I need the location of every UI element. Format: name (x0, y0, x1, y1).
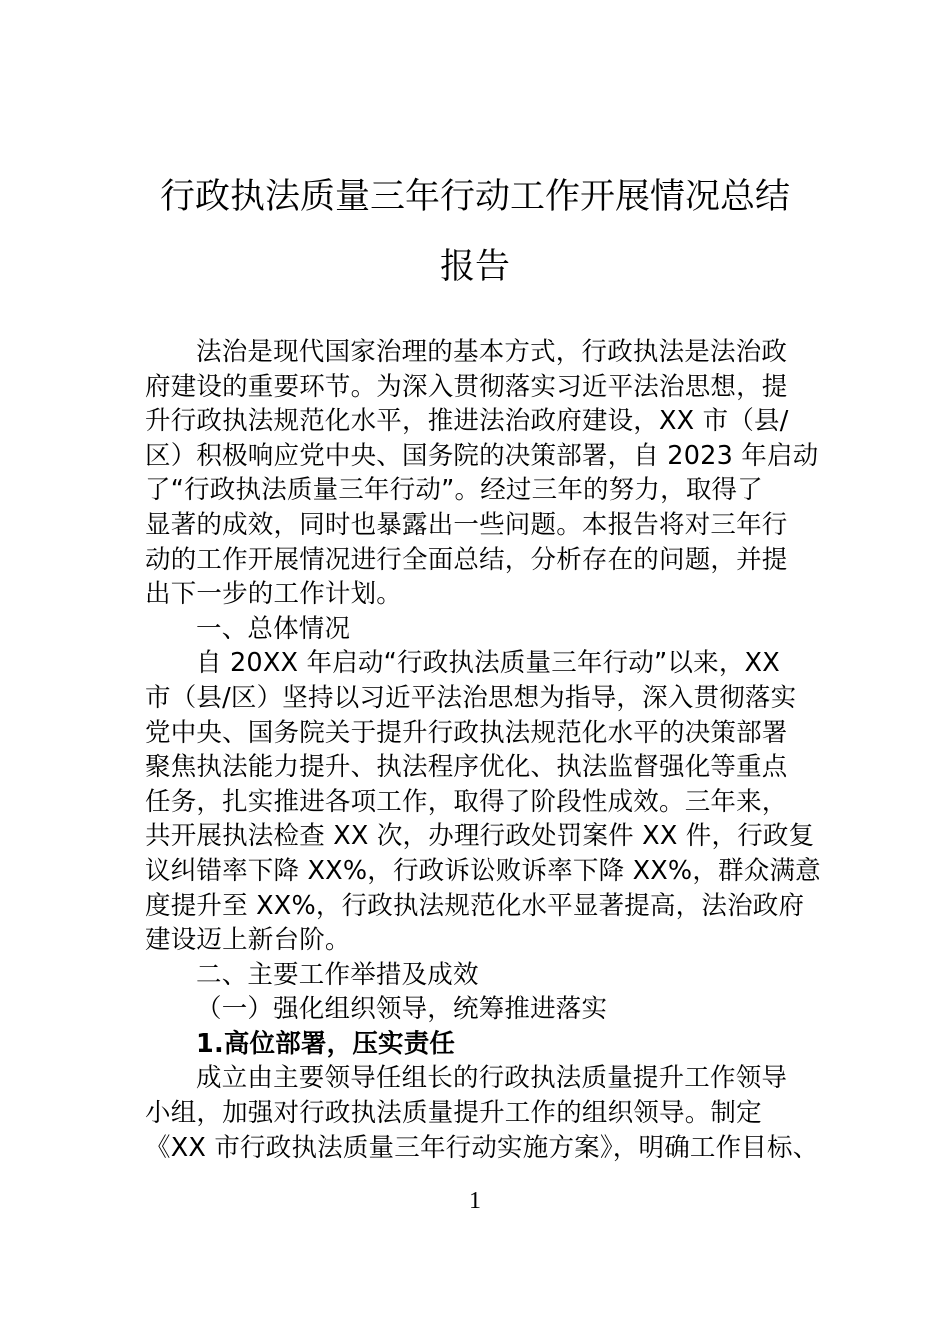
paragraph-line: 议纠错率下降 XX%，行政诉讼败诉率下降 XX%，群众满意 (145, 854, 807, 889)
paragraph-line: 成立由主要领导任组长的行政执法质量提升工作领导 (145, 1061, 807, 1096)
paragraph-line: 区）积极响应党中央、国务院的决策部署，自 2023 年启动 (145, 439, 807, 474)
paragraph-line: 府建设的重要环节。为深入贯彻落实习近平法治思想，提 (145, 370, 807, 405)
section-heading: 二、主要工作举措及成效 (145, 958, 807, 993)
paragraph-line: 自 20XX 年启动“行政执法质量三年行动”以来，XX (145, 646, 807, 681)
document-body: 法治是现代国家治理的基本方式，行政执法是法治政 府建设的重要环节。为深入贯彻落实… (145, 335, 807, 1165)
subsection-heading: （一）强化组织领导，统筹推进落实 (145, 992, 807, 1027)
page-number: 1 (0, 1188, 950, 1215)
paragraph-line: 法治是现代国家治理的基本方式，行政执法是法治政 (145, 335, 807, 370)
paragraph-line: 了“行政执法质量三年行动”。经过三年的努力，取得了 (145, 473, 807, 508)
section-heading: 一、总体情况 (145, 612, 807, 647)
paragraph-line: 《XX 市行政执法质量三年行动实施方案》，明确工作目标、 (145, 1131, 807, 1166)
paragraph-line: 小组，加强对行政执法质量提升工作的组织领导。制定 (145, 1096, 807, 1131)
paragraph-line: 任务，扎实推进各项工作，取得了阶段性成效。三年来， (145, 785, 807, 820)
paragraph-line: 建设迈上新台阶。 (145, 923, 807, 958)
document-page: 行政执法质量三年行动工作开展情况总结 报告 法治是现代国家治理的基本方式，行政执… (0, 0, 950, 1344)
paragraph-line: 市（县/区）坚持以习近平法治思想为指导，深入贯彻落实 (145, 681, 807, 716)
bold-subheading: 1.高位部署，压实责任 (145, 1027, 807, 1062)
paragraph-line: 出下一步的工作计划。 (145, 577, 807, 612)
paragraph-line: 动的工作开展情况进行全面总结，分析存在的问题，并提 (145, 543, 807, 578)
paragraph-line: 聚焦执法能力提升、执法程序优化、执法监督强化等重点 (145, 750, 807, 785)
paragraph-line: 共开展执法检查 XX 次，办理行政处罚案件 XX 件，行政复 (145, 819, 807, 854)
paragraph-line: 党中央、国务院关于提升行政执法规范化水平的决策部署 (145, 716, 807, 751)
paragraph-line: 度提升至 XX%，行政执法规范化水平显著提高，法治政府 (145, 889, 807, 924)
paragraph-line: 升行政执法规范化水平，推进法治政府建设，XX 市（县/ (145, 404, 807, 439)
document-title-line-1: 行政执法质量三年行动工作开展情况总结 (145, 177, 805, 217)
document-title-line-2: 报告 (145, 247, 805, 287)
paragraph-line: 显著的成效，同时也暴露出一些问题。本报告将对三年行 (145, 508, 807, 543)
